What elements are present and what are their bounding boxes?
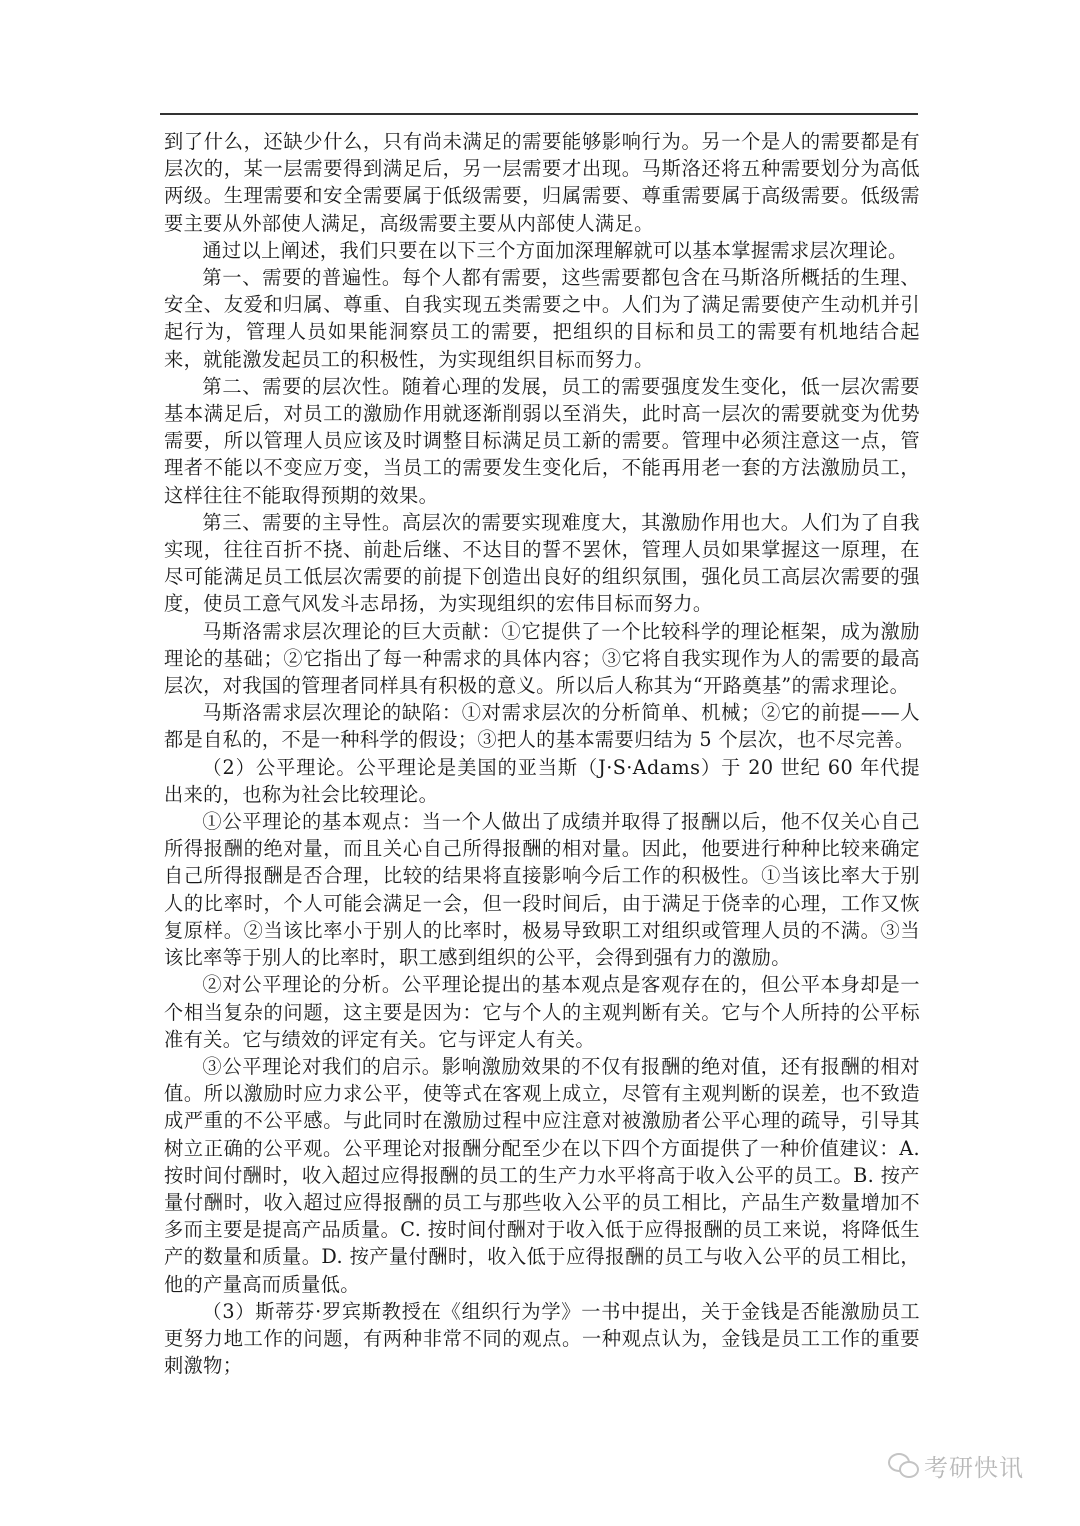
paragraph: 第二、需要的层次性。随着心理的发展，员工的需要强度发生变化，低一层次需要基本满足… [164, 373, 920, 509]
document-body: 到了什么，还缺少什么，只有尚未满足的需要能够影响行为。另一个是人的需要都是有层次… [164, 128, 920, 1379]
paragraph: ②对公平理论的分析。公平理论提出的基本观点是客观存在的，但公平本身却是一个相当复… [164, 971, 920, 1053]
watermark-text: 考研快讯 [924, 1448, 1024, 1483]
header-rule [160, 113, 918, 115]
paragraph: （3）斯蒂芬·罗宾斯教授在《组织行为学》一书中提出，关于金钱是否能激励员工更努力… [164, 1298, 920, 1380]
wechat-icon [888, 1453, 918, 1479]
paragraph: 通过以上阐述，我们只要在以下三个方面加深理解就可以基本掌握需求层次理论。 [164, 237, 920, 264]
paragraph: 第三、需要的主导性。高层次的需要实现难度大，其激励作用也大。人们为了自我实现，往… [164, 509, 920, 618]
paragraph: 第一、需要的普遍性。每个人都有需要，这些需要都包含在马斯洛所概括的生理、安全、友… [164, 264, 920, 373]
paragraph: ①公平理论的基本观点：当一个人做出了成绩并取得了报酬以后，他不仅关心自己所得报酬… [164, 808, 920, 971]
paragraph: （2）公平理论。公平理论是美国的亚当斯（J·S·Adams）于 20 世纪 60… [164, 754, 920, 808]
watermark: 考研快讯 [888, 1448, 1024, 1483]
paragraph: 马斯洛需求层次理论的缺陷：①对需求层次的分析简单、机械；②它的前提——人都是自私… [164, 699, 920, 753]
paragraph: 到了什么，还缺少什么，只有尚未满足的需要能够影响行为。另一个是人的需要都是有层次… [164, 128, 920, 237]
paragraph: ③公平理论对我们的启示。影响激励效果的不仅有报酬的绝对值，还有报酬的相对值。所以… [164, 1053, 920, 1298]
paragraph: 马斯洛需求层次理论的巨大贡献：①它提供了一个比较科学的理论框架，成为激励理论的基… [164, 618, 920, 700]
